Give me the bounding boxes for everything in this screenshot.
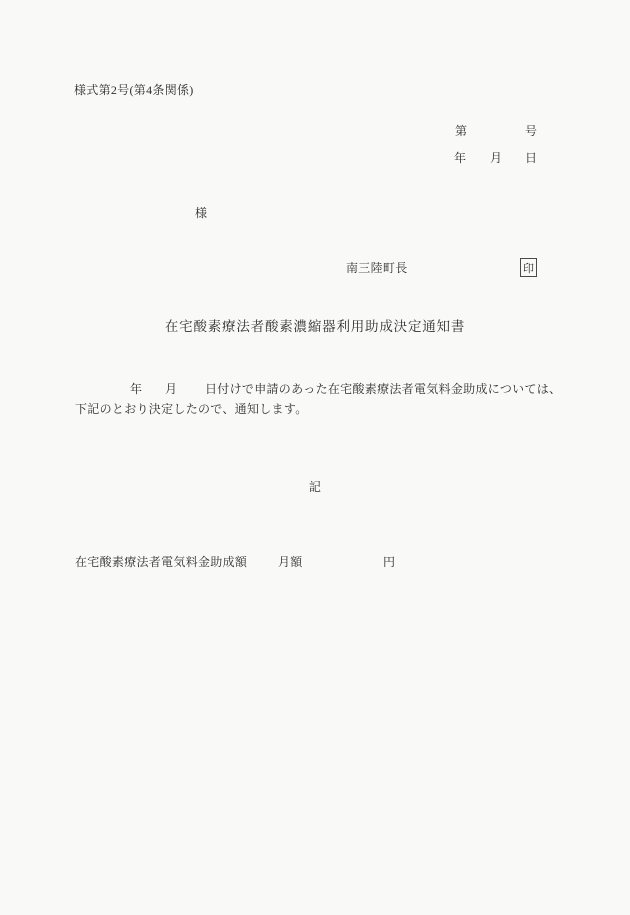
date-month-label: 月 — [490, 149, 502, 166]
document-page: 様式第2号(第4条関係) 第 号 年 月 日 様 南三陸町長 印 在宅酸素療法者… — [0, 0, 630, 915]
date-day-label: 日 — [525, 149, 537, 166]
grant-unit-yen: 円 — [383, 553, 395, 570]
body-line1-text: 日付けで申請のあった在宅酸素療法者電気料金助成については、 — [205, 380, 561, 397]
seal-character: 印 — [523, 260, 534, 276]
body-line2-text: 下記のとおり決定したので、通知します。 — [75, 400, 308, 417]
grant-monthly-label: 月額 — [278, 553, 303, 570]
sender-name: 南三陸町長 — [346, 259, 408, 276]
doc-number-prefix: 第 — [455, 122, 467, 139]
notation-ki: 記 — [0, 478, 630, 495]
addressee-honorific: 様 — [195, 204, 207, 221]
doc-number-suffix: 号 — [525, 122, 537, 139]
body-month-label: 月 — [165, 380, 177, 397]
body-year-label: 年 — [130, 380, 142, 397]
form-number: 様式第2号(第4条関係) — [74, 81, 194, 98]
document-title: 在宅酸素療法者酸素濃縮器利用助成決定通知書 — [0, 315, 630, 335]
grant-amount-label: 在宅酸素療法者電気料金助成額 — [75, 553, 247, 570]
date-year-label: 年 — [454, 149, 466, 166]
seal-placeholder: 印 — [520, 258, 537, 277]
